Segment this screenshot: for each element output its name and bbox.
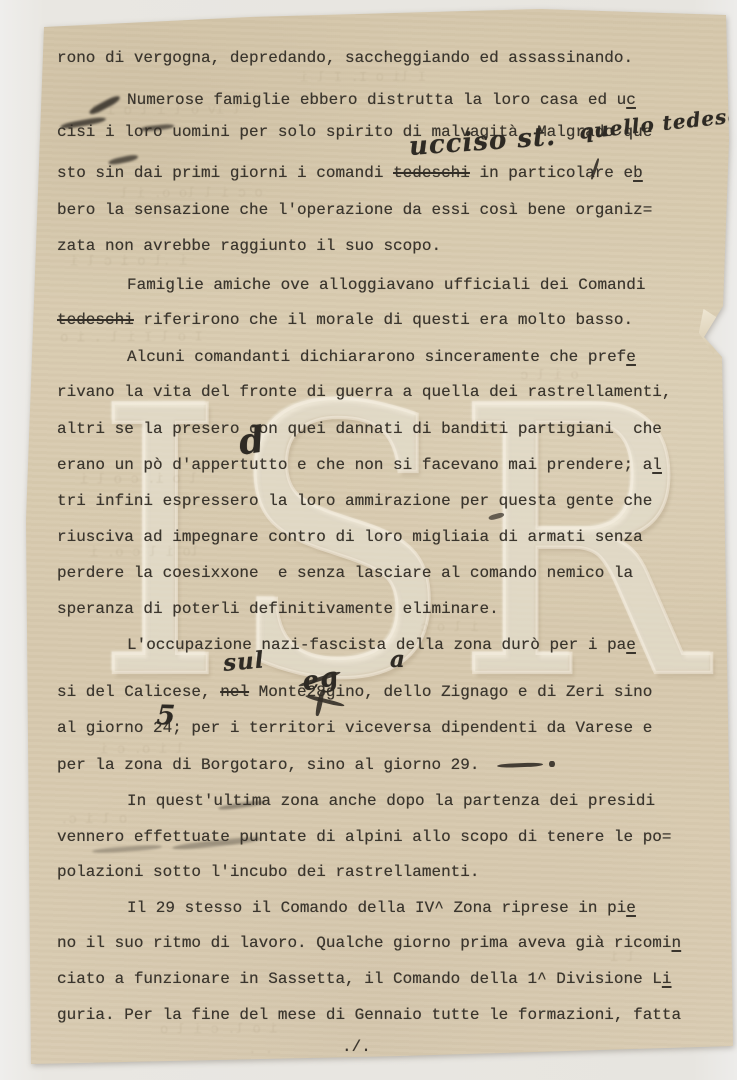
bleedthrough-text: I o l I i l . i o bbox=[60, 330, 203, 347]
typed-text: vennero effettuate puntate di alpini all… bbox=[57, 828, 672, 846]
typed-text: guria. Per la fine del mese di Gennaio t… bbox=[57, 1006, 681, 1024]
typed-text: in particolare e bbox=[470, 164, 633, 182]
typed-line: al giorno 24; per i territori viceversa … bbox=[57, 718, 652, 738]
ink-stroke bbox=[488, 512, 505, 521]
scan-background: ISR I li o I. I l il iv o l i l o i lo c… bbox=[0, 0, 737, 1080]
paper-tear bbox=[697, 309, 728, 356]
typed-line: tri infini espressero la loro ammirazion… bbox=[57, 491, 652, 511]
handwritten-annotation: sul bbox=[222, 646, 266, 677]
typed-line: ciato a funzionare in Sassetta, il Coman… bbox=[57, 969, 672, 989]
typed-line: tedeschi riferirono che il morale di que… bbox=[57, 310, 633, 330]
underlined-letter: e bbox=[626, 348, 636, 366]
paper-sheet: ISR I li o I. I l il iv o l i l o i lo c… bbox=[0, 0, 737, 1080]
typed-line: L'occupazione nazi-fascista della zona d… bbox=[127, 635, 636, 655]
struck-word: tedeschi bbox=[57, 311, 134, 329]
typed-line: cisi i loro uomini per solo spirito di m… bbox=[57, 122, 652, 142]
typed-text: ciato a funzionare in Sassetta, il Coman… bbox=[57, 970, 662, 988]
typed-line: vennero effettuate puntate di alpini all… bbox=[57, 827, 672, 847]
typed-line: rono di vergogna, depredando, saccheggia… bbox=[57, 48, 633, 68]
typed-text: L'occupazione nazi-fascista della zona d… bbox=[127, 636, 626, 654]
typed-text: rivano la vita del fronte di guerra a qu… bbox=[57, 383, 672, 401]
typed-text: bero la sensazione che l'operazione da e… bbox=[57, 201, 652, 219]
typed-line: no il suo ritmo di lavoro. Qualche giorn… bbox=[57, 933, 681, 953]
typed-line: sto sin dai primi giorni i comandi tedes… bbox=[57, 163, 643, 183]
underlined-letter: i bbox=[662, 970, 672, 988]
typed-line: altri se la presero con quei dannati di … bbox=[57, 419, 662, 439]
bleedthrough-text: lo i l c o. i bbox=[90, 545, 199, 562]
handwritten-annotation: a bbox=[390, 646, 406, 673]
typed-text: polazioni sotto l'incubo dei rastrellame… bbox=[57, 863, 479, 881]
ink-stroke bbox=[497, 762, 543, 768]
typed-text: In quest'ultima zona anche dopo la parte… bbox=[127, 792, 655, 810]
bleedthrough-text: o l i c. bbox=[60, 812, 127, 828]
typed-text: Il 29 stesso il Comando della IV^ Zona r… bbox=[127, 899, 626, 917]
struck-word: tedeschi bbox=[393, 164, 470, 182]
typed-line: Il 29 stesso il Comando della IV^ Zona r… bbox=[127, 898, 636, 918]
typed-line: Alcuni comandanti dichiararono sincerame… bbox=[127, 347, 636, 367]
typed-line: riusciva ad impegnare contro di loro mig… bbox=[57, 527, 643, 547]
typed-line: Numerose famiglie ebbero distrutta la lo… bbox=[127, 90, 636, 110]
bleedthrough-text: i l o c bbox=[420, 620, 479, 636]
typed-text: per la zona di Borgotaro, sino al giorno… bbox=[57, 756, 479, 774]
typed-text: si del Calicese, bbox=[57, 683, 220, 701]
typed-text: riusciva ad impegnare contro di loro mig… bbox=[57, 528, 643, 546]
typed-text: sto sin dai primi giorni i comandi bbox=[57, 164, 393, 182]
typed-text: altri se la presero con quei dannati di … bbox=[57, 420, 662, 438]
typed-text: zata non avrebbe raggiunto il suo scopo. bbox=[57, 237, 441, 255]
struck-word: nel bbox=[220, 683, 249, 701]
underlined-letter: n bbox=[672, 934, 682, 952]
handwritten-annotation: eg bbox=[300, 662, 341, 698]
underlined-letter: e bbox=[626, 636, 636, 654]
typed-line: si del Calicese, nel Monte28gino, dello … bbox=[57, 682, 652, 702]
typed-text: speranza di poterli definitivamente elim… bbox=[57, 600, 499, 618]
typed-line: guria. Per la fine del mese di Gennaio t… bbox=[57, 1005, 681, 1025]
typed-line: perdere la coesixxone e senza lasciare a… bbox=[57, 563, 633, 583]
underlined-letter: b bbox=[633, 164, 643, 182]
typed-line: zata non avrebbe raggiunto il suo scopo. bbox=[57, 236, 441, 256]
typed-line: polazioni sotto l'incubo dei rastrellame… bbox=[57, 862, 479, 882]
typed-text: Alcuni comandanti dichiararono sincerame… bbox=[127, 348, 626, 366]
typed-text: tri infini espressero la loro ammirazion… bbox=[57, 492, 652, 510]
page-continuation-mark: ./. bbox=[342, 1038, 371, 1056]
typed-line: speranza di poterli definitivamente elim… bbox=[57, 599, 499, 619]
typed-line: bero la sensazione che l'operazione da e… bbox=[57, 200, 652, 220]
typed-line: In quest'ultima zona anche dopo la parte… bbox=[127, 791, 655, 811]
typed-text: Famiglie amiche ove alloggiavano ufficia… bbox=[127, 276, 645, 294]
underlined-letter: e bbox=[626, 899, 636, 917]
typed-line: rivano la vita del fronte di guerra a qu… bbox=[57, 382, 672, 402]
typed-line: Famiglie amiche ove alloggiavano ufficia… bbox=[127, 275, 645, 295]
ink-stroke bbox=[549, 761, 555, 767]
document-page: ISR I li o I. I l il iv o l i l o i lo c… bbox=[0, 0, 737, 1080]
underlined-letter: l bbox=[652, 456, 662, 474]
typed-text: al giorno 24; per i territori viceversa … bbox=[57, 719, 652, 737]
typed-text: erano un pò d'appertutto e che non si fa… bbox=[57, 456, 652, 474]
handwritten-annotation: 5 bbox=[156, 700, 177, 732]
typed-line: per la zona di Borgotaro, sino al giorno… bbox=[57, 755, 479, 775]
handwritten-annotation: d bbox=[236, 418, 268, 463]
typed-text: rono di vergogna, depredando, saccheggia… bbox=[57, 49, 633, 67]
typed-text: no il suo ritmo di lavoro. Qualche giorn… bbox=[57, 934, 672, 952]
bleedthrough-text: i .l o i c l i bbox=[70, 254, 188, 271]
underlined-letter: c bbox=[626, 91, 636, 109]
typed-text: riferirono che il morale di questi era m… bbox=[134, 311, 633, 329]
typed-text: Numerose famiglie ebbero distrutta la lo… bbox=[127, 91, 626, 109]
typed-text: perdere la coesixxone e senza lasciare a… bbox=[57, 564, 633, 582]
typed-line: erano un pò d'appertutto e che non si fa… bbox=[57, 455, 662, 475]
bleedthrough-text: . . bbox=[248, 1042, 273, 1058]
bleedthrough-text: I li o I. I l i bbox=[300, 70, 426, 87]
